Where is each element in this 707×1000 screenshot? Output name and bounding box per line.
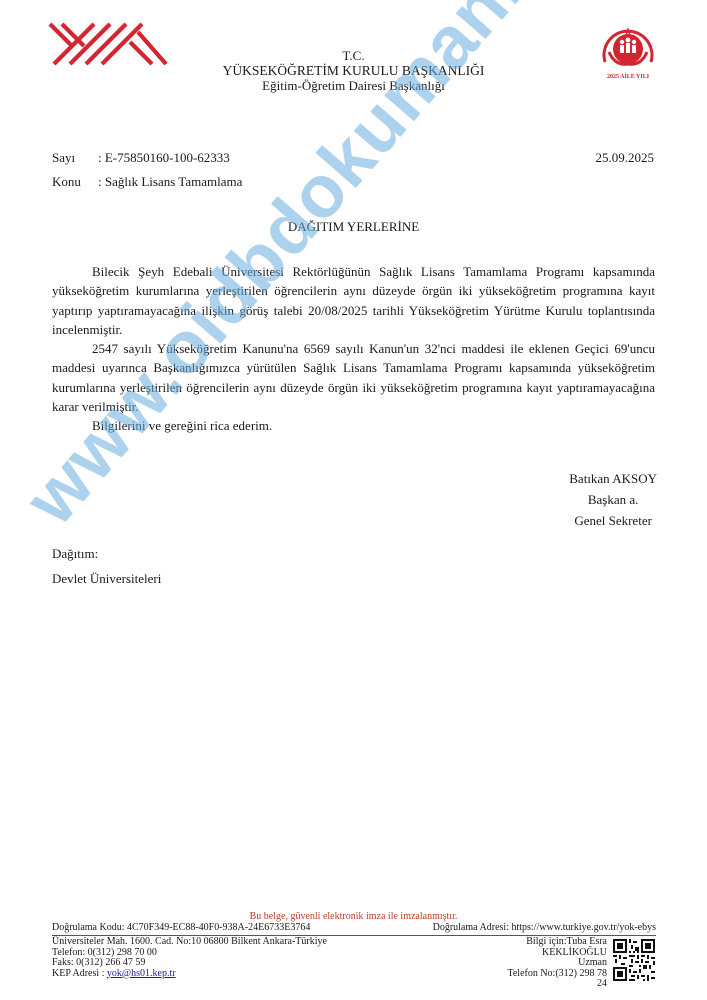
kep-line: KEP Adresi : yok@hs01.kep.tr (52, 969, 327, 980)
kep-label: KEP Adresi : (52, 968, 107, 979)
kep-link[interactable]: yok@hs01.kep.tr (107, 968, 176, 979)
body-paragraph: 2547 sayılı Yükseköğretim Kanunu'na 6569… (52, 339, 655, 416)
body-paragraph: Bilecik Şeyh Edebali Üniversitesi Rektör… (52, 262, 655, 339)
letter-body: Bilecik Şeyh Edebali Üniversitesi Rektör… (52, 262, 655, 436)
contact-line: Bilgi için:Tuba Esra (505, 937, 607, 948)
contact-phone: Telefon No:(312) 298 78 24 (505, 969, 607, 990)
verification-code: Doğrulama Kodu: 4C70F349-EC88-40F0-938A-… (52, 922, 310, 933)
verification-address: Doğrulama Adresi: https://www.turkiye.go… (433, 922, 656, 933)
signatory-position: Genel Sekreter (569, 510, 657, 531)
document-page: 2025 AİLE YILI T.C. YÜKSEKÖĞRETİM KURULU… (0, 0, 707, 1000)
sayi-label: Sayı (52, 150, 98, 166)
distribution-item: Devlet Üniversiteleri (52, 571, 161, 587)
distribution-label: Dağıtım: (52, 546, 98, 562)
verification-row: Doğrulama Kodu: 4C70F349-EC88-40F0-938A-… (52, 922, 656, 933)
contact-title: Uzman (505, 958, 607, 969)
address-line: Üniversiteler Mah. 1600. Cad. No:10 0680… (52, 937, 327, 948)
body-paragraph: Bilgilerini ve gereğini rica ederim. (52, 416, 655, 435)
address-block: Üniversiteler Mah. 1600. Cad. No:10 0680… (52, 937, 327, 979)
reference-number-row: Sayı: E-75850160-100-62333 (52, 150, 230, 166)
signature-block: Batıkan AKSOY Başkan a. Genel Sekreter (569, 468, 657, 531)
recipient-heading: DAĞITIM YERLERİNE (0, 219, 707, 235)
subject-row: Konu: Sağlık Lisans Tamamlama (52, 174, 242, 190)
konu-value: : Sağlık Lisans Tamamlama (98, 174, 242, 189)
department-name: Eğitim-Öğretim Dairesi Başkanlığı (0, 78, 707, 93)
letterhead: T.C. YÜKSEKÖĞRETİM KURULU BAŞKANLIĞI Eği… (0, 48, 707, 93)
document-date: 25.09.2025 (596, 150, 655, 166)
sayi-value: : E-75850160-100-62333 (98, 150, 230, 165)
signatory-name: Batıkan AKSOY (569, 468, 657, 489)
letterhead-line1: T.C. (0, 48, 707, 63)
institution-name: YÜKSEKÖĞRETİM KURULU BAŞKANLIĞI (0, 63, 707, 78)
esign-notice: Bu belge, güvenli elektronik imza ile im… (0, 911, 707, 922)
konu-label: Konu (52, 174, 98, 190)
signatory-title: Başkan a. (569, 489, 657, 510)
qr-code-icon (613, 938, 655, 982)
